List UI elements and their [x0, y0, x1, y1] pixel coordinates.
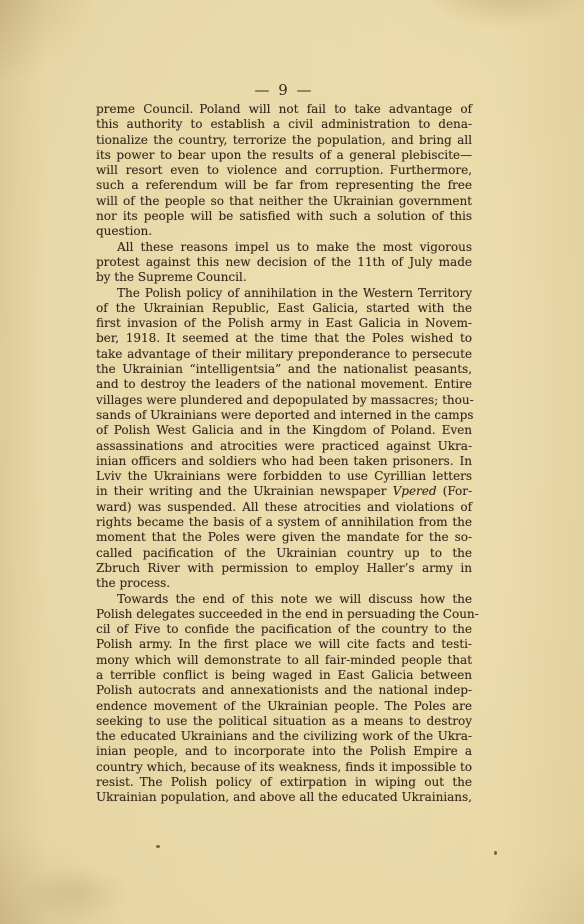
text-line: in their writing and the Ukrainian newsp…: [96, 484, 472, 499]
text-line: Polish delegates succeeded in the end in…: [96, 607, 472, 622]
paragraph: Towards the end of this note we will dis…: [96, 592, 472, 806]
text-line: seeking to use the political situation a…: [96, 714, 472, 729]
text-line: Towards the end of this note we will dis…: [96, 592, 472, 607]
text-line: first invasion of the Polish army in Eas…: [96, 316, 472, 331]
text-line: the educated Ukrainians and the civilizi…: [96, 729, 472, 744]
text-line: mony which will demonstrate to all fair-…: [96, 653, 472, 668]
text-line: the Ukrainian “intelligentsia” and the n…: [96, 362, 472, 377]
text-line: moment that the Poles were given the man…: [96, 530, 472, 545]
text-line: will resort even to violence and corrupt…: [96, 163, 472, 178]
text-line: this authority to establish a civil admi…: [96, 117, 472, 132]
text-line: nor its people will be satisfied with su…: [96, 209, 472, 224]
text-line: will of the people so that neither the U…: [96, 194, 472, 209]
text-line: Polish army. In the first place we will …: [96, 637, 472, 652]
text-line: protest against this new decision of the…: [96, 255, 472, 270]
text-line: Lviv the Ukrainians were forbidden to us…: [96, 469, 472, 484]
text-line: Polish autocrats and annexationists and …: [96, 683, 472, 698]
text-line: country which, because of its weakness, …: [96, 760, 472, 775]
paragraph: The Polish policy of annihilation in the…: [96, 286, 472, 592]
paper-speck: [156, 845, 160, 848]
text-line: rights became the basis of a system of a…: [96, 515, 472, 530]
text-line: question.: [96, 224, 472, 239]
text-line: cil of Five to confide the pacification …: [96, 622, 472, 637]
text-line: sands of Ukrainians were deported and in…: [96, 408, 472, 423]
text-line: tionalize the country, terrorize the pop…: [96, 133, 472, 148]
text-line: assassinations and atrocities were pract…: [96, 439, 472, 454]
page-number: — 9 —: [96, 81, 472, 99]
text-line: ber, 1918. It seemed at the time that th…: [96, 331, 472, 346]
text-line: its power to bear upon the results of a …: [96, 148, 472, 163]
text-line: ward) was suspended. All these atrocitie…: [96, 500, 472, 515]
paragraph: All these reasons impel us to make the m…: [96, 240, 472, 286]
paper-smudge: [20, 865, 130, 920]
text-line: by the Supreme Council.: [96, 270, 472, 285]
scanned-page: — 9 — preme Council. Poland will not fai…: [0, 0, 584, 924]
text-line: inian officers and soldiers who had been…: [96, 454, 472, 469]
text-line: the process.: [96, 576, 472, 591]
text-line: All these reasons impel us to make the m…: [96, 240, 472, 255]
text-line: inian people, and to incorporate into th…: [96, 744, 472, 759]
text-line: a terrible conflict is being waged in Ea…: [96, 668, 472, 683]
text-line: of Polish West Galicia and in the Kingdo…: [96, 423, 472, 438]
text-line: Ukrainian population, and above all the …: [96, 790, 472, 805]
text-line: endence movement of the Ukrainian people…: [96, 699, 472, 714]
paragraph: preme Council. Poland will not fail to t…: [96, 102, 472, 240]
text-line: resist. The Polish policy of extirpation…: [96, 775, 472, 790]
text-line: and to destroy the leaders of the nation…: [96, 377, 472, 392]
text-line: The Polish policy of annihilation in the…: [96, 286, 472, 301]
text-line: preme Council. Poland will not fail to t…: [96, 102, 472, 117]
text-block: preme Council. Poland will not fail to t…: [96, 102, 472, 806]
text-line: Zbruch River with permission to employ H…: [96, 561, 472, 576]
text-line: villages were plundered and depopulated …: [96, 393, 472, 408]
paper-speck: [494, 851, 497, 855]
text-line: called pacification of the Ukrainian cou…: [96, 546, 472, 561]
text-line: such a referendum will be far from repre…: [96, 178, 472, 193]
text-line: take advantage of their military prepond…: [96, 347, 472, 362]
text-line: of the Ukrainian Republic, East Galicia,…: [96, 301, 472, 316]
